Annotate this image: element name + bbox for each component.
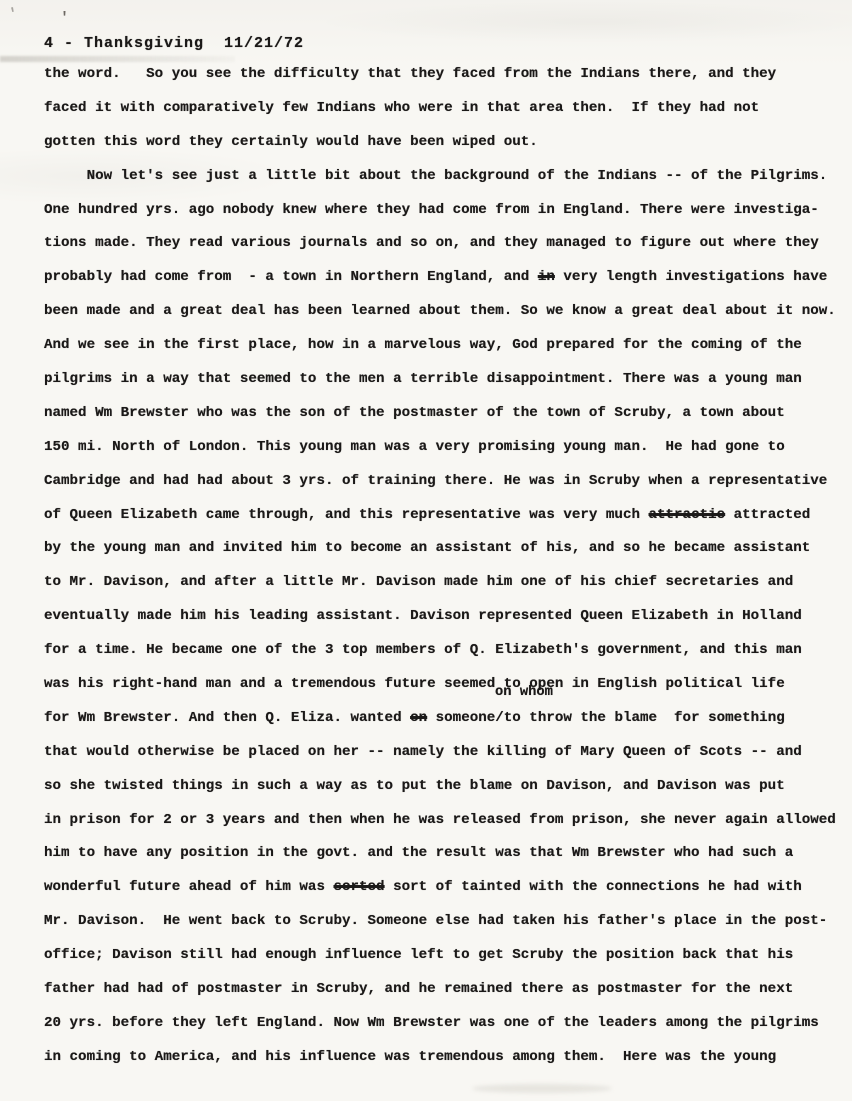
- scan-stray-mark: ': [7, 5, 19, 24]
- text-line: for a time. He became one of the 3 top m…: [44, 634, 838, 668]
- text-segment: been made and a great deal has been lear…: [44, 303, 836, 319]
- text-segment: 150 mi. North of London. This young man …: [44, 439, 785, 455]
- text-line: gotten this word they certainly would ha…: [44, 126, 838, 160]
- text-line: so she twisted things in such a way as t…: [44, 770, 838, 804]
- text-line: that would otherwise be placed on her --…: [44, 736, 838, 770]
- text-segment: to Mr. Davison, and after a little Mr. D…: [44, 574, 793, 590]
- text-line: And we see in the first place, how in a …: [44, 329, 838, 363]
- struck-out-word: attractie: [649, 507, 726, 523]
- text-line: Now let's see just a little bit about th…: [44, 160, 838, 194]
- text-segment: so she twisted things in such a way as t…: [44, 778, 785, 794]
- document-body: the word. So you see the difficulty that…: [44, 58, 838, 1075]
- scan-stray-mark: ': [60, 10, 69, 27]
- text-line: office; Davison still had enough influen…: [44, 939, 838, 973]
- text-segment: One hundred yrs. ago nobody knew where t…: [44, 202, 819, 218]
- text-segment: in coming to America, and his influence …: [44, 1049, 776, 1065]
- text-segment: faced it with comparatively few Indians …: [44, 100, 759, 116]
- text-segment: for Wm Brewster. And then Q. Eliza. want…: [44, 710, 410, 726]
- text-segment: named Wm Brewster who was the son of the…: [44, 405, 785, 421]
- scanned-document-page: ' ' 4 - Thanksgiving 11/21/72 the word. …: [0, 0, 852, 1101]
- struck-out-word: in: [538, 269, 555, 285]
- text-segment: Cambridge and had had about 3 yrs. of tr…: [44, 473, 827, 489]
- scan-smudge: [472, 1084, 612, 1093]
- text-line: of Queen Elizabeth came through, and thi…: [44, 499, 838, 533]
- text-line: in coming to America, and his influence …: [44, 1041, 838, 1075]
- text-segment: that would otherwise be placed on her --…: [44, 744, 802, 760]
- text-line: Cambridge and had had about 3 yrs. of tr…: [44, 465, 838, 499]
- text-segment: father had had of postmaster in Scruby, …: [44, 981, 793, 997]
- text-segment: very length investigations have: [555, 269, 827, 285]
- text-line: named Wm Brewster who was the son of the…: [44, 397, 838, 431]
- text-line: One hundred yrs. ago nobody knew where t…: [44, 194, 838, 228]
- text-segment: eventually made him his leading assistan…: [44, 608, 802, 624]
- text-segment: And we see in the first place, how in a …: [44, 337, 802, 353]
- page-header: 4 - Thanksgiving 11/21/72: [44, 35, 304, 52]
- text-segment: wonderful future ahead of him was: [44, 879, 333, 895]
- struck-out-word: sorted: [333, 879, 384, 895]
- text-segment: pilgrims in a way that seemed to the men…: [44, 371, 802, 387]
- text-segment: by the young man and invited him to beco…: [44, 540, 810, 556]
- text-segment: attracted: [725, 507, 810, 523]
- text-segment: gotten this word they certainly would ha…: [44, 134, 538, 150]
- text-segment: Now let's see just a little bit about th…: [87, 168, 828, 184]
- text-segment: someone/to throw the blame for something: [427, 710, 785, 726]
- text-segment: Mr. Davison. He went back to Scruby. Som…: [44, 913, 827, 929]
- text-line: pilgrims in a way that seemed to the men…: [44, 363, 838, 397]
- text-line: Mr. Davison. He went back to Scruby. Som…: [44, 905, 838, 939]
- text-line: been made and a great deal has been lear…: [44, 295, 838, 329]
- text-line: tions made. They read various journals a…: [44, 227, 838, 261]
- text-line: by the young man and invited him to beco…: [44, 532, 838, 566]
- text-segment: sort of tainted with the connections he …: [385, 879, 802, 895]
- text-line: father had had of postmaster in Scruby, …: [44, 973, 838, 1007]
- text-line: was his right-hand man and a tremendous …: [44, 668, 838, 702]
- text-segment: tions made. They read various journals a…: [44, 235, 819, 251]
- text-line: wonderful future ahead of him was sorted…: [44, 871, 838, 905]
- text-line: him to have any position in the govt. an…: [44, 837, 838, 871]
- text-segment: probably had come from - a town in North…: [44, 269, 538, 285]
- text-segment: in prison for 2 or 3 years and then when…: [44, 812, 836, 828]
- text-segment: 20 yrs. before they left England. Now Wm…: [44, 1015, 819, 1031]
- text-segment: office; Davison still had enough influen…: [44, 947, 793, 963]
- text-line: faced it with comparatively few Indians …: [44, 92, 838, 126]
- text-segment: him to have any position in the govt. an…: [44, 845, 793, 861]
- text-line: for Wm Brewster. And then Q. Eliza. want…: [44, 702, 838, 736]
- text-line: the word. So you see the difficulty that…: [44, 58, 838, 92]
- struck-out-word: on: [410, 710, 427, 726]
- text-line: 20 yrs. before they left England. Now Wm…: [44, 1007, 838, 1041]
- text-segment: of Queen Elizabeth came through, and thi…: [44, 507, 649, 523]
- text-segment: the word. So you see the difficulty that…: [44, 66, 776, 82]
- text-line: eventually made him his leading assistan…: [44, 600, 838, 634]
- text-line: to Mr. Davison, and after a little Mr. D…: [44, 566, 838, 600]
- text-segment: was his right-hand man and a tremendous …: [44, 676, 785, 692]
- text-line: probably had come from - a town in North…: [44, 261, 838, 295]
- text-segment: for a time. He became one of the 3 top m…: [44, 642, 802, 658]
- text-line: 150 mi. North of London. This young man …: [44, 431, 838, 465]
- text-line: in prison for 2 or 3 years and then when…: [44, 804, 838, 838]
- inserted-correction-text: on whom: [495, 684, 553, 702]
